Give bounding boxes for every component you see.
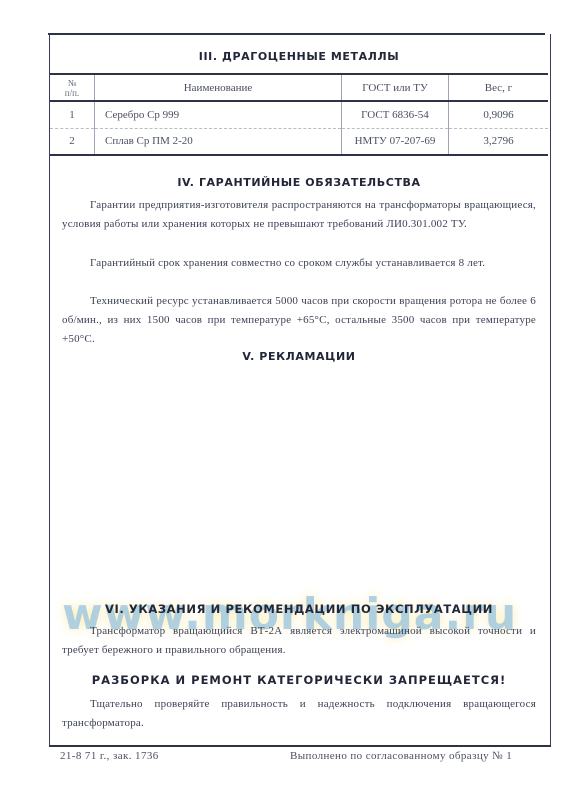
cell-number: 2	[50, 128, 95, 155]
header-number-text: № п/п.	[50, 78, 94, 98]
sample-note: Выполнено по согласованному образцу № 1	[290, 750, 512, 762]
section-3-title: III. ДРАГОЦЕННЫЕ МЕТАЛЛЫ	[49, 50, 549, 63]
operation-paragraph: Трансформатор вращающийся ВТ-2А является…	[62, 622, 536, 660]
print-order-info: 21-8 71 г., зак. 1736	[60, 750, 159, 762]
header-number: № п/п.	[50, 74, 95, 101]
cell-gost: ГОСТ 6836-54	[342, 101, 449, 128]
cell-name: Сплав Ср ПМ 2-20	[95, 128, 342, 155]
cell-number: 1	[50, 101, 95, 128]
cell-name: Серебро Ср 999	[95, 101, 342, 128]
resource-paragraph: Технический ресурс устанавливается 5000 …	[62, 292, 536, 349]
section-5-title: V. РЕКЛАМАЦИИ	[49, 350, 549, 363]
header-name: Наименование	[95, 74, 342, 101]
section-6-title: VI. УКАЗАНИЯ И РЕКОМЕНДАЦИИ ПО ЭКСПЛУАТА…	[49, 602, 549, 616]
cell-weight: 0,9096	[449, 101, 549, 128]
cell-weight: 3,2796	[449, 128, 549, 155]
warranty-paragraph: Гарантии предприятия-изготовителя распро…	[62, 196, 536, 234]
storage-paragraph: Гарантийный срок хранения совместно со с…	[62, 254, 536, 273]
table-row: 1 Серебро Ср 999 ГОСТ 6836-54 0,9096	[50, 101, 548, 128]
cell-gost: НМТУ 07-207-69	[342, 128, 449, 155]
table-row: 2 Сплав Ср ПМ 2-20 НМТУ 07-207-69 3,2796	[50, 128, 548, 155]
header-weight: Вес, г	[449, 74, 549, 101]
repair-warning: РАЗБОРКА И РЕМОНТ КАТЕГОРИЧЕСКИ ЗАПРЕЩАЕ…	[49, 673, 549, 687]
connection-paragraph: Тщательно проверяйте правильность и наде…	[62, 695, 536, 733]
header-gost: ГОСТ или ТУ	[342, 74, 449, 101]
section-4-title: IV. ГАРАНТИЙНЫЕ ОБЯЗАТЕЛЬСТВА	[49, 176, 549, 189]
precious-metals-table: № п/п. Наименование ГОСТ или ТУ Вес, г 1…	[50, 73, 548, 156]
table-header-row: № п/п. Наименование ГОСТ или ТУ Вес, г	[50, 74, 548, 101]
